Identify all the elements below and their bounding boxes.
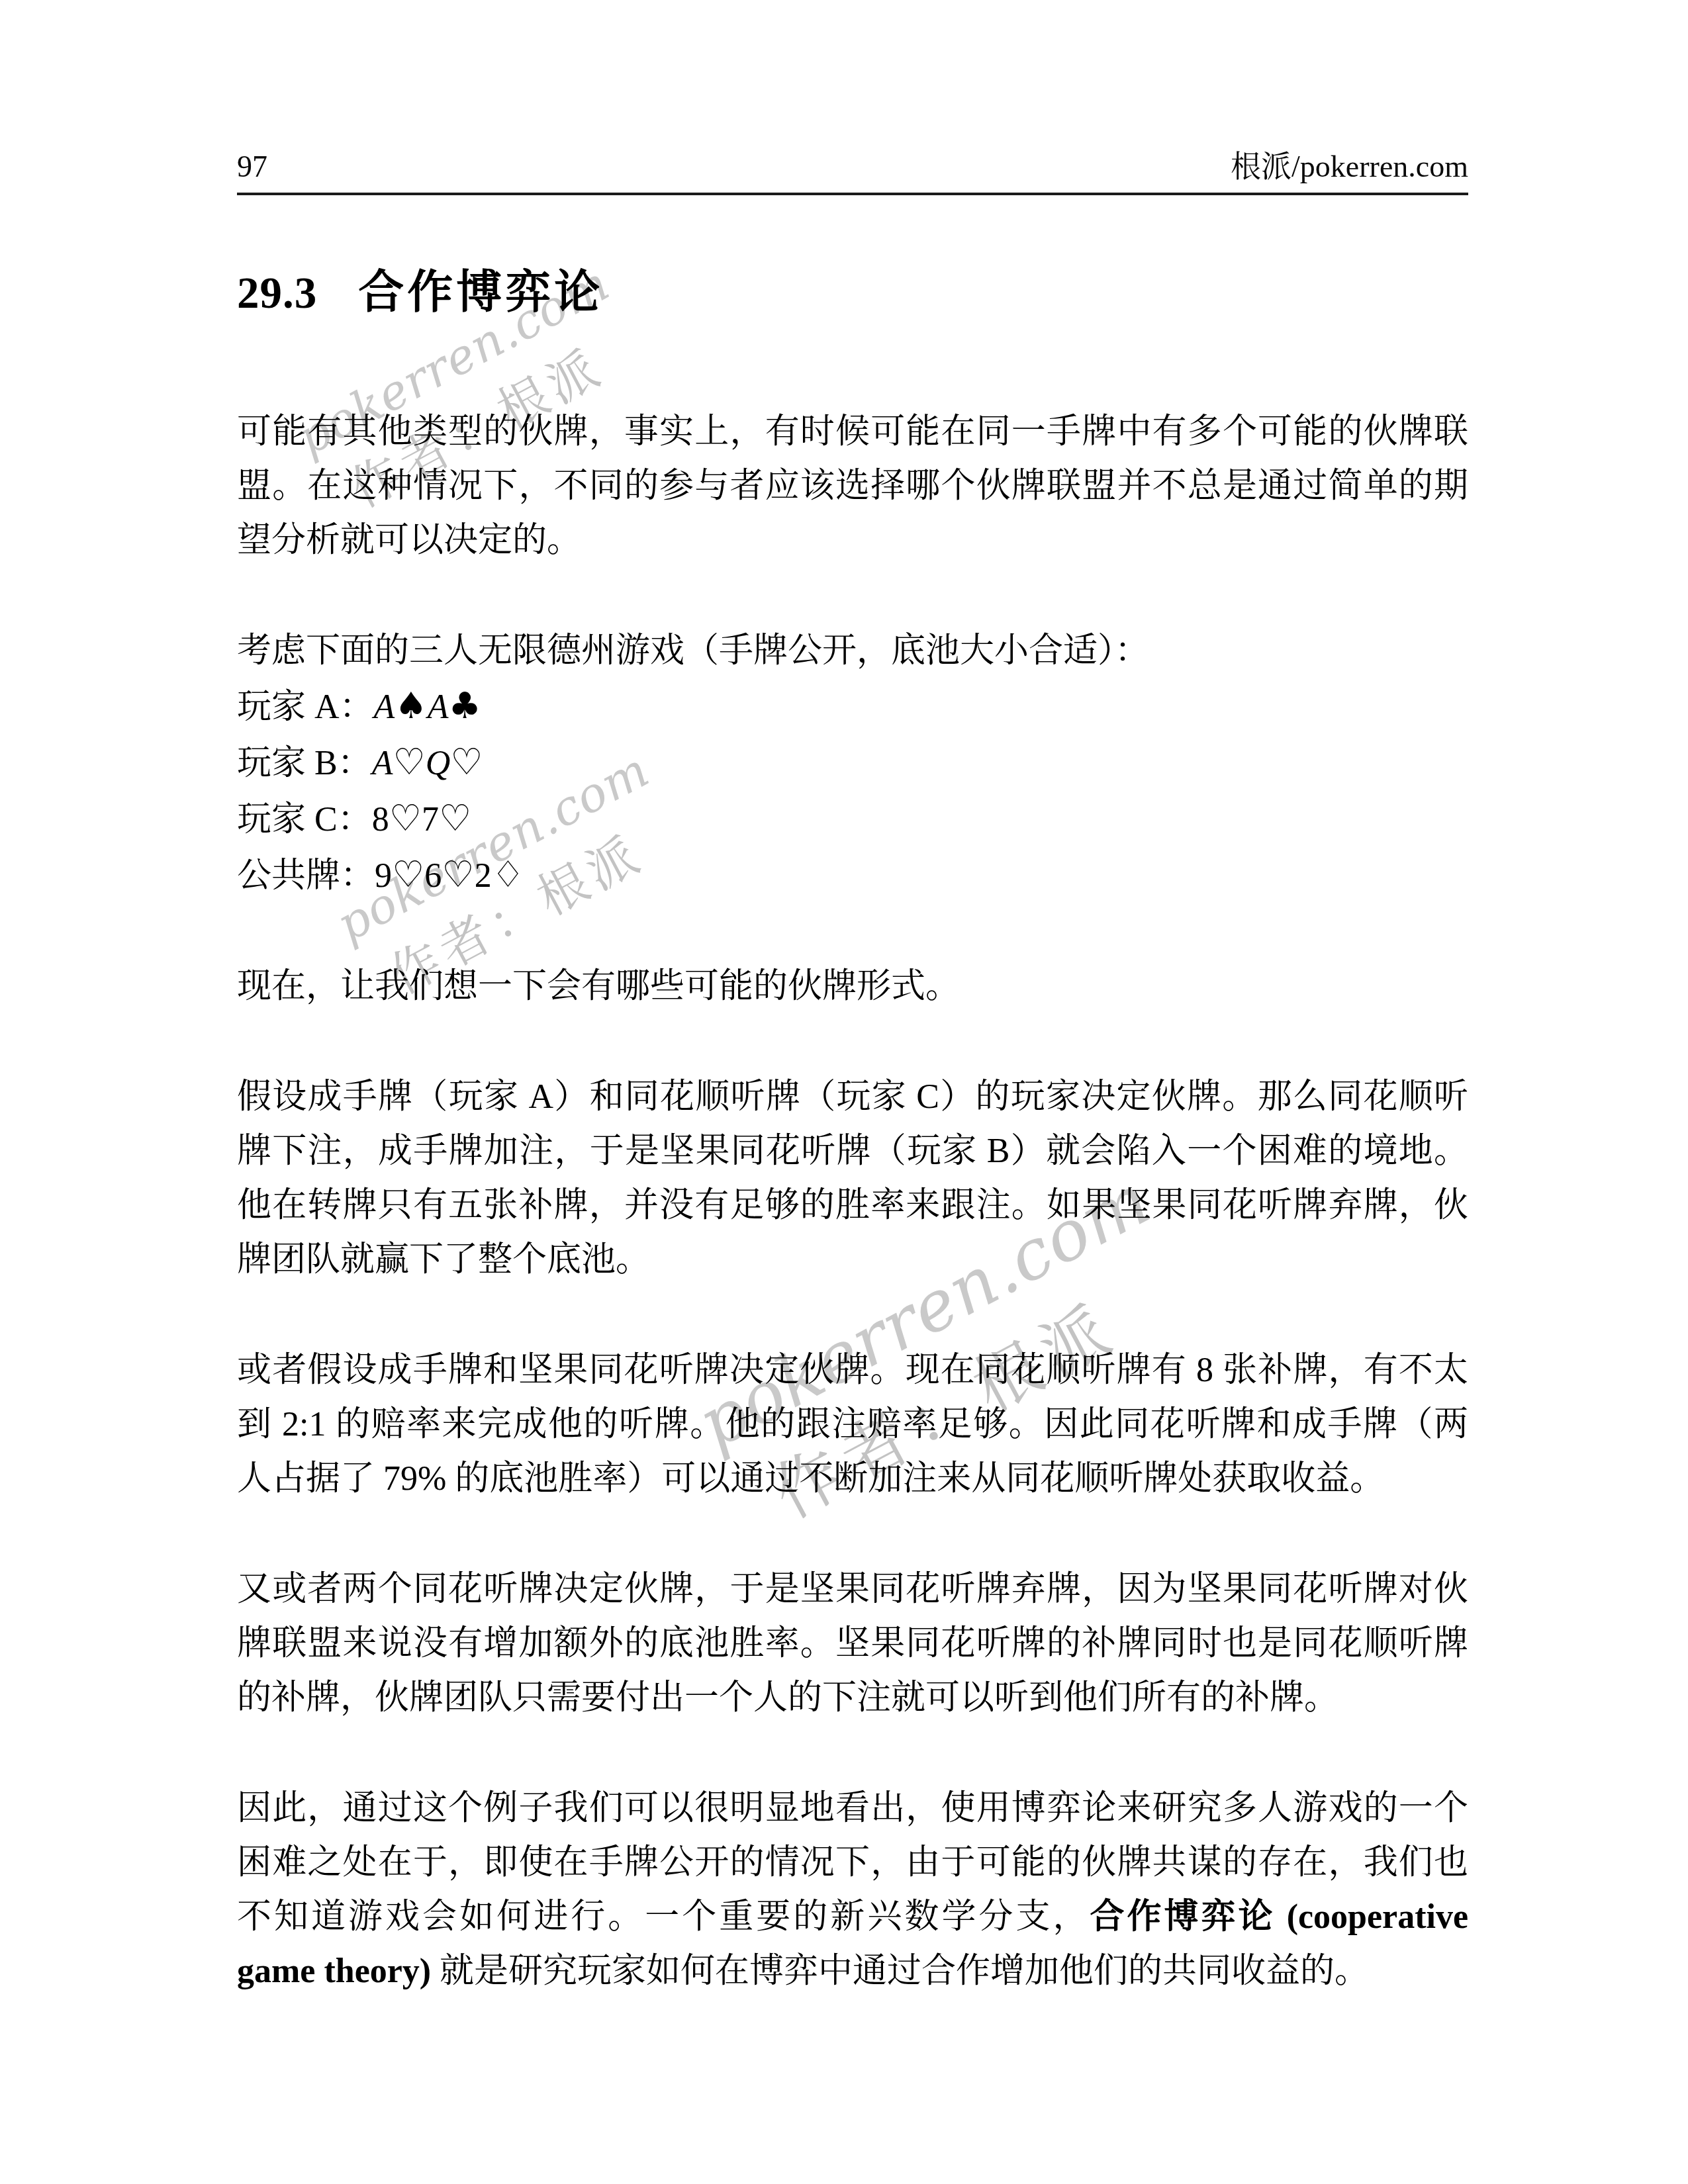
paragraph-scenario1: 假设成手牌（玩家 A）和同花顺听牌（玩家 C）的玩家决定伙牌。那么同花顺听牌下注… xyxy=(237,1070,1468,1287)
heart-suit-icon: ♡ xyxy=(439,797,471,839)
hand-line-board: 公共牌：9♡6♡2♢ xyxy=(237,847,1468,903)
card-rank: Q xyxy=(426,745,451,782)
heart-suit-icon: ♡ xyxy=(393,741,425,783)
diamond-suit-icon: ♢ xyxy=(492,853,524,895)
hand-line-player-c: 玩家 C：8♡7♡ xyxy=(237,791,1468,847)
section-heading: 29.3合作博弈论 xyxy=(237,255,603,321)
heart-suit-icon: ♡ xyxy=(392,853,424,895)
paragraph-intro: 可能有其他类型的伙牌，事实上，有时候可能在同一手牌中有多个可能的伙牌联盟。在这种… xyxy=(237,405,1468,568)
page-header: 97 根派/pokerren.com xyxy=(237,148,1468,195)
card-rank: A xyxy=(372,745,393,782)
card-rank: A xyxy=(428,688,449,726)
hand-label: 玩家 C： xyxy=(237,801,372,839)
section-title: 合作博弈论 xyxy=(358,267,603,318)
card-rank: A xyxy=(374,688,395,726)
paragraph-conclusion: 因此，通过这个例子我们可以很明显地看出，使用博弈论来研究多人游戏的一个困难之处在… xyxy=(237,1782,1468,1999)
heart-suit-icon: ♡ xyxy=(389,797,422,839)
heart-suit-icon: ♡ xyxy=(442,853,474,895)
hand-label: 玩家 B： xyxy=(237,745,372,782)
hand-line-player-b: 玩家 B：A♡Q♡ xyxy=(237,735,1468,791)
card-rank: 7 xyxy=(422,801,439,839)
section-number: 29.3 xyxy=(237,269,317,318)
club-suit-icon: ♣ xyxy=(448,684,481,727)
hand-label: 公共牌： xyxy=(237,857,375,895)
card-rank: 9 xyxy=(375,857,392,895)
paragraph-scenario3: 又或者两个同花听牌决定伙牌，于是坚果同花听牌弃牌，因为坚果同花听牌对伙牌联盟来说… xyxy=(237,1563,1468,1725)
card-rank: 8 xyxy=(372,801,389,839)
game-setup-block: 考虑下面的三人无限德州游戏（手牌公开，底池大小合适）： 玩家 A：A♠A♣ 玩家… xyxy=(237,624,1468,903)
spade-suit-icon: ♠ xyxy=(395,684,427,727)
document-page: pokerren.com 作者：根派 pokerren.com 作者：根派 po… xyxy=(0,0,1688,2184)
conclusion-post-text: 就是研究玩家如何在博弈中通过合作增加他们的共同收益的。 xyxy=(431,1952,1369,1990)
paragraph-scenario2: 或者假设成手牌和坚果同花听牌决定伙牌。现在同花顺听牌有 8 张补牌，有不太到 2… xyxy=(237,1343,1468,1506)
page-number: 97 xyxy=(237,148,267,185)
header-site-credit: 根派/pokerren.com xyxy=(1231,148,1468,185)
hand-label: 玩家 A： xyxy=(237,688,374,726)
hand-line-player-a: 玩家 A：A♠A♣ xyxy=(237,678,1468,735)
body-content: 可能有其他类型的伙牌，事实上，有时候可能在同一手牌中有多个可能的伙牌联盟。在这种… xyxy=(237,405,1468,2055)
game-setup-line: 考虑下面的三人无限德州游戏（手牌公开，底池大小合适）： xyxy=(237,624,1468,678)
heart-suit-icon: ♡ xyxy=(450,741,483,783)
card-rank: 2 xyxy=(475,857,492,895)
card-rank: 6 xyxy=(424,857,442,895)
paragraph-now: 现在，让我们想一下会有哪些可能的伙牌形式。 xyxy=(237,960,1468,1014)
